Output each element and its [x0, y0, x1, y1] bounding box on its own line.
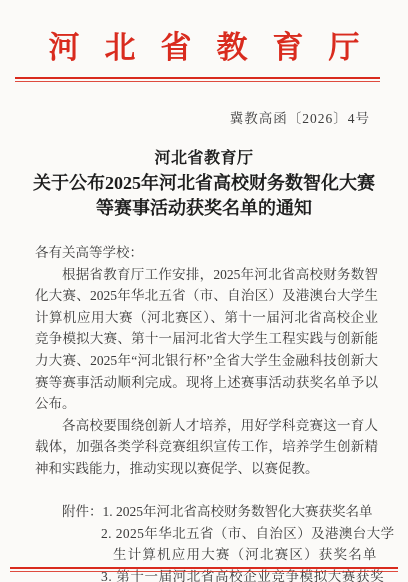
letterhead-agency-name: 河北省教育厅 — [0, 31, 408, 65]
document-reference-number: 冀教高函〔2026〕4号 — [230, 107, 370, 127]
page-footer-rule — [10, 567, 398, 572]
attachment-label-and-item-1: 附件：1. 2025年河北省高校财务数智化大赛获奖名单 — [35, 501, 378, 523]
salutation-line: 各有关高等学校： — [35, 242, 378, 264]
body-paragraph-1: 根据省教育厅工作安排，2025年河北省高校财务数智化大赛、2025年华北五省（市… — [35, 264, 378, 415]
attachment-item-2-line-2: 生计算机应用大赛（河北赛区）获奖名单 — [35, 544, 378, 566]
notice-title-line-2: 关于公布2025年河北省高校财务数智化大赛 — [0, 171, 408, 196]
attachment-item-2-line-1: 2. 2025年华北五省（市、自治区）及港澳台大学 — [35, 523, 378, 545]
body-paragraph-2: 各高校要围绕创新人才培养，用好学科竞赛这一育人载体，加强各类学科竞赛组织宣传工作… — [35, 415, 378, 480]
official-notice-page: 河北省教育厅 冀教高函〔2026〕4号 河北省教育厅 关于公布2025年河北省高… — [0, 0, 408, 582]
notice-body: 各有关高等学校： 根据省教育厅工作安排，2025年河北省高校财务数智化大赛、20… — [35, 242, 378, 582]
notice-title-agency-line: 河北省教育厅 — [0, 147, 408, 171]
notice-title-line-3: 等赛事活动获奖名单的通知 — [0, 196, 408, 221]
notice-title: 河北省教育厅 关于公布2025年河北省高校财务数智化大赛 等赛事活动获奖名单的通… — [0, 147, 408, 221]
letterhead-divider-rule — [15, 77, 380, 82]
